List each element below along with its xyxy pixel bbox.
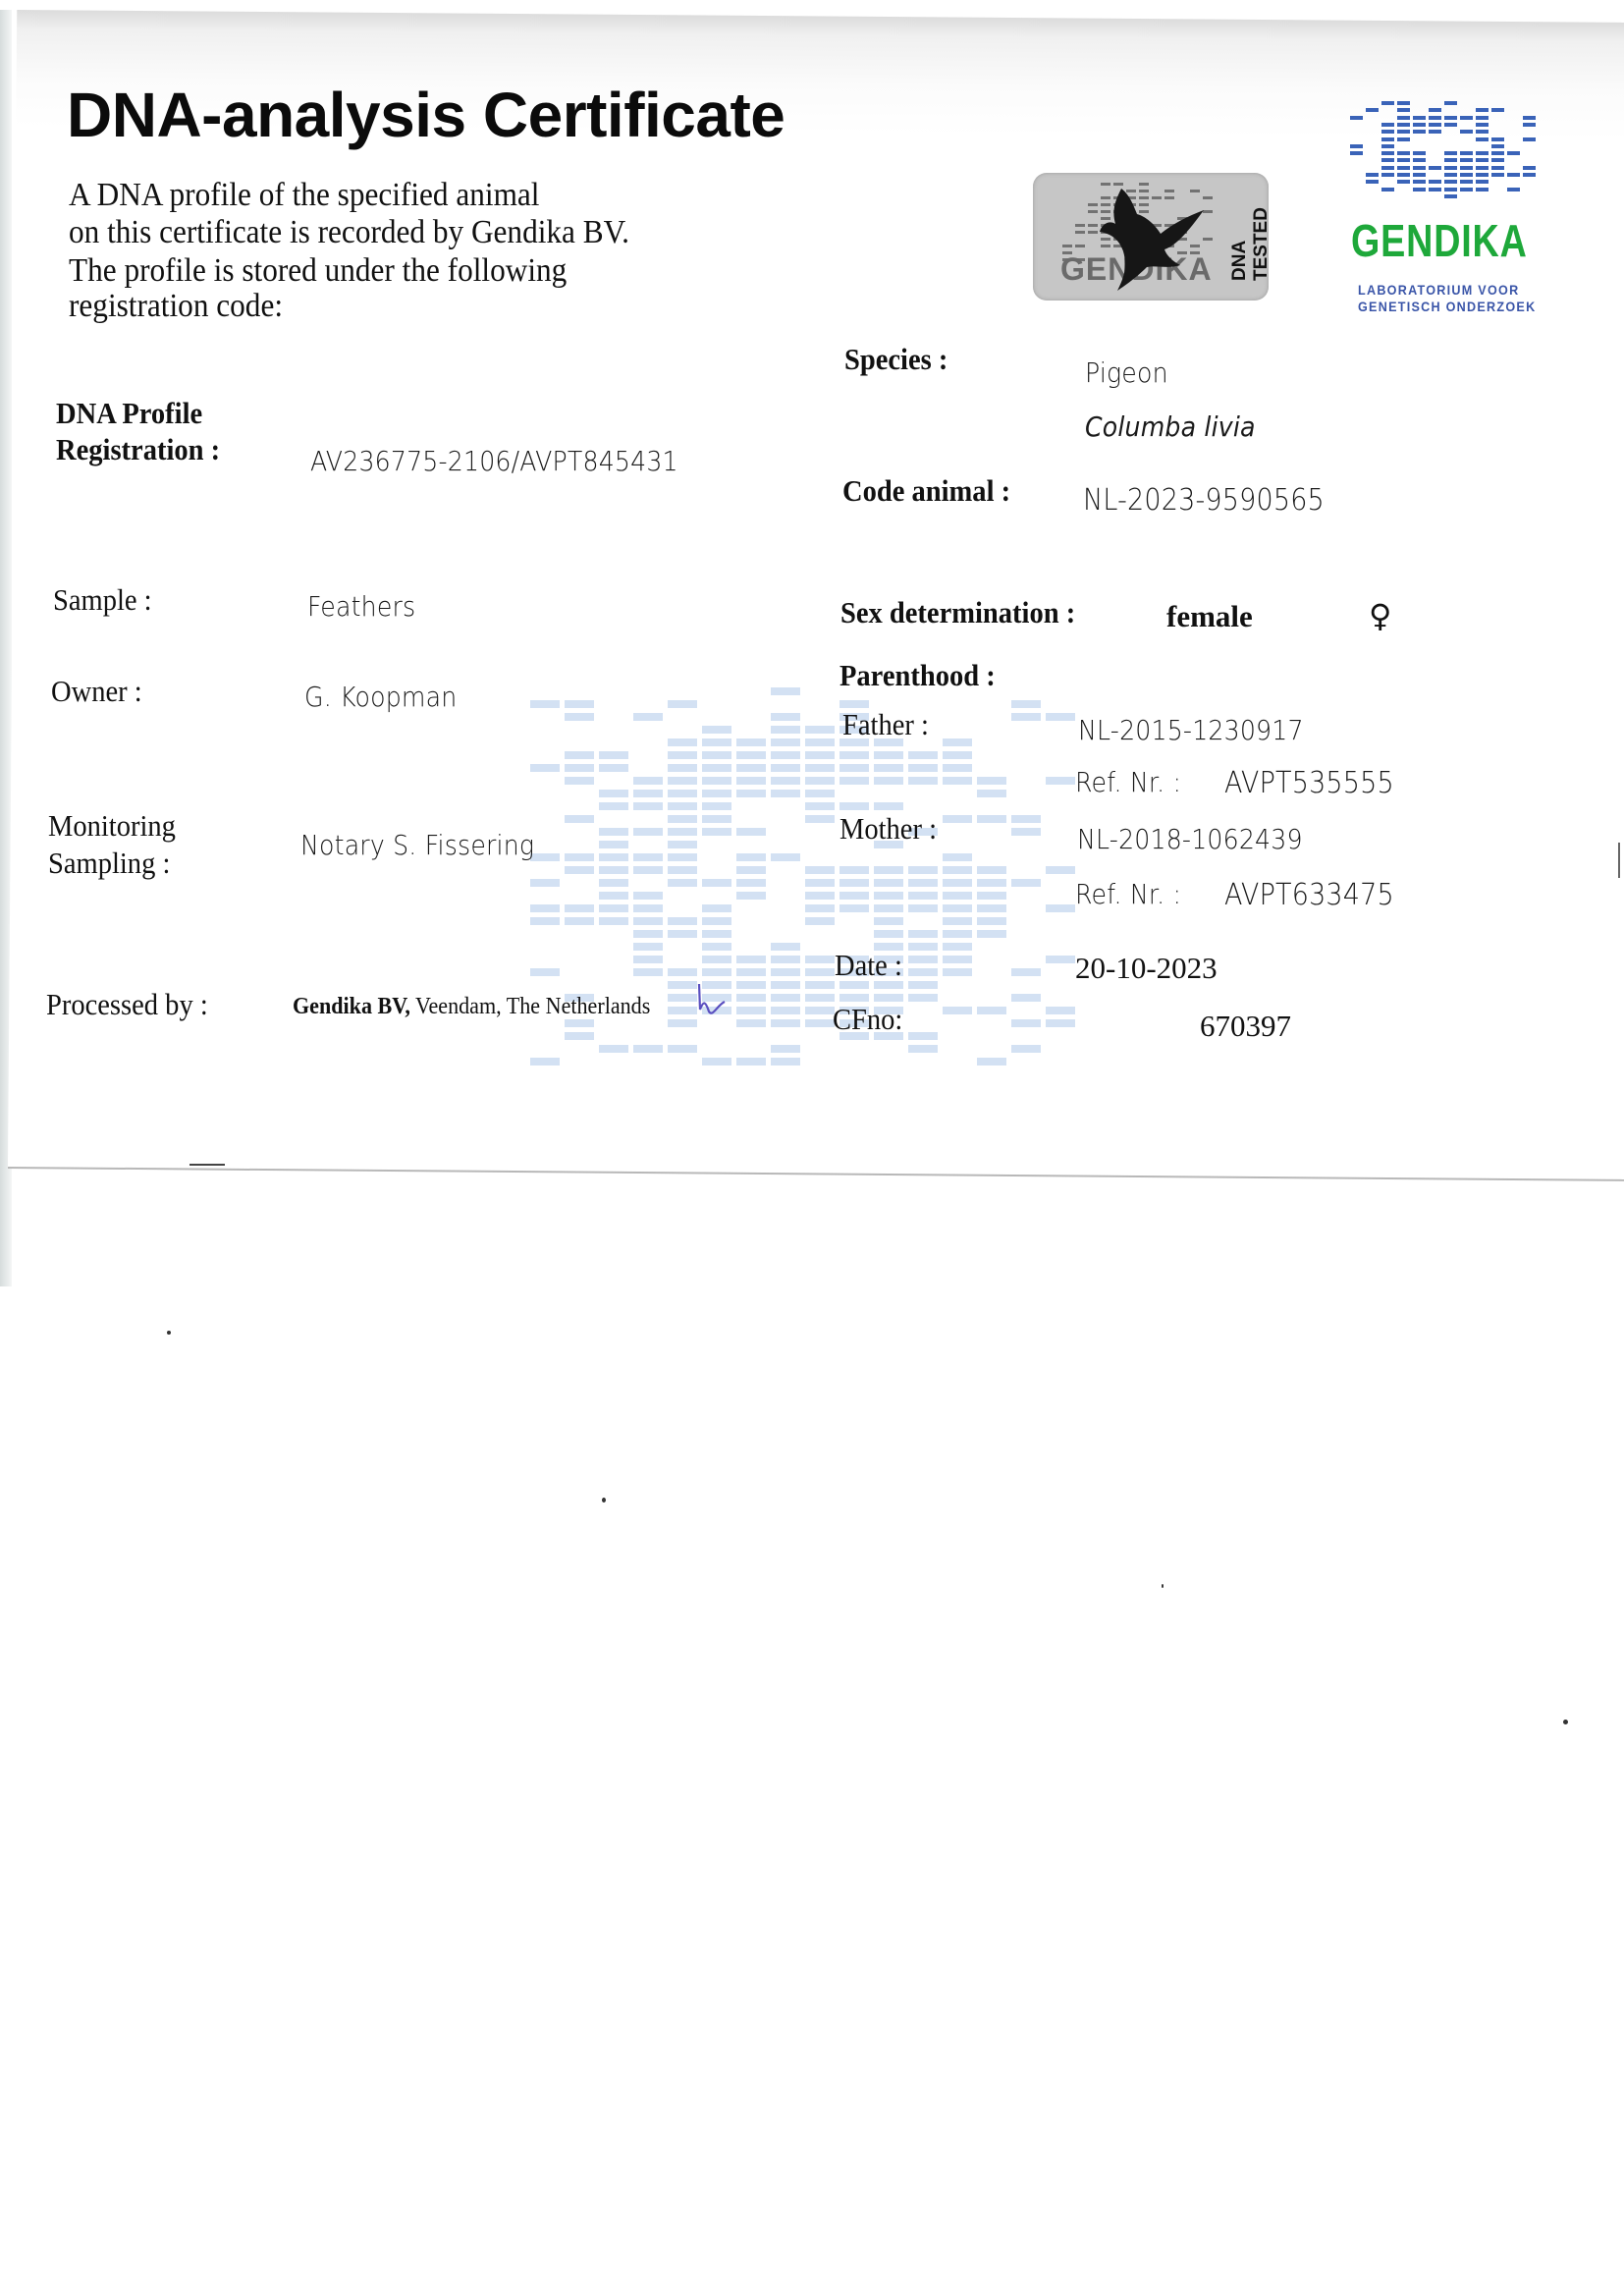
parenthood-label: Parenthood : — [839, 658, 996, 693]
certificate-title: DNA-analysis Certificate — [67, 79, 785, 151]
owner-label: Owner : — [51, 674, 142, 709]
scan-speck — [1563, 1720, 1568, 1724]
processed-by-company: Gendika BV, — [293, 994, 410, 1019]
sex-label: Sex determination : — [840, 595, 1075, 630]
badge-dna-tested-label: DNA TESTED — [1229, 207, 1269, 281]
registration-value: AV236775-2106/AVPT845431 — [310, 445, 678, 477]
father-ref-value: AVPT535555 — [1224, 766, 1394, 800]
date-label: Date : — [835, 948, 902, 983]
dna-bars-g-icon — [1350, 101, 1546, 209]
species-common-name: Pigeon — [1085, 356, 1168, 389]
scan-mark — [189, 1164, 225, 1166]
scan-speck — [167, 1331, 171, 1335]
logo-name: GENDIKA — [1351, 214, 1528, 267]
logo-subtitle-2: GENETISCH ONDERZOEK — [1358, 299, 1536, 314]
cfno-label: CFno: — [833, 1002, 902, 1037]
monitoring-value: Notary S. Fissering — [300, 829, 534, 861]
signature-mark-icon — [695, 982, 731, 1021]
species-latin-name: Columba livia — [1085, 410, 1256, 443]
logo-subtitle-1: LABORATORIUM VOOR — [1358, 282, 1519, 298]
mother-label: Mother : — [839, 811, 937, 847]
registration-label-2: Registration : — [56, 432, 220, 467]
dna-tested-badge: GENDIKA DNA TESTED — [1033, 173, 1269, 301]
intro-line-2: on this certificate is recorded by Gendi… — [69, 216, 629, 249]
registration-label-1: DNA Profile — [56, 396, 202, 431]
cfno-value: 670397 — [1200, 1009, 1291, 1044]
sample-label: Sample : — [53, 582, 152, 618]
sex-value: female — [1166, 599, 1253, 634]
scan-speck — [1162, 1584, 1164, 1588]
female-symbol-icon: ♀ — [1369, 597, 1391, 634]
monitoring-label-2: Sampling : — [48, 846, 170, 881]
mother-ref-label: Ref. Nr. : — [1075, 878, 1181, 910]
father-label: Father : — [842, 707, 929, 742]
owner-value: G. Koopman — [304, 681, 457, 713]
scan-speck — [602, 1498, 606, 1503]
intro-line-1: A DNA profile of the specified animal — [69, 179, 540, 212]
father-value: NL-2015-1230917 — [1078, 714, 1304, 746]
processed-by-value: Gendika BV, Veendam, The Netherlands — [293, 994, 650, 1020]
processed-by-label: Processed by : — [46, 987, 208, 1022]
sample-value: Feathers — [307, 590, 415, 623]
father-ref-label: Ref. Nr. : — [1075, 766, 1181, 798]
intro-line-4: registration code: — [69, 290, 283, 323]
scan-mark — [1618, 843, 1620, 878]
intro-line-3: The profile is stored under the followin… — [69, 254, 567, 288]
code-animal-label: Code animal : — [842, 473, 1010, 509]
species-label: Species : — [844, 342, 947, 377]
mother-value: NL-2018-1062439 — [1077, 823, 1303, 855]
flying-pigeon-icon — [1082, 181, 1210, 299]
processed-by-location: Veendam, The Netherlands — [410, 994, 650, 1019]
code-animal-value: NL-2023-9590565 — [1083, 483, 1325, 518]
monitoring-label-1: Monitoring — [48, 808, 176, 844]
date-value: 20-10-2023 — [1075, 951, 1218, 986]
mother-ref-value: AVPT633475 — [1224, 878, 1394, 912]
